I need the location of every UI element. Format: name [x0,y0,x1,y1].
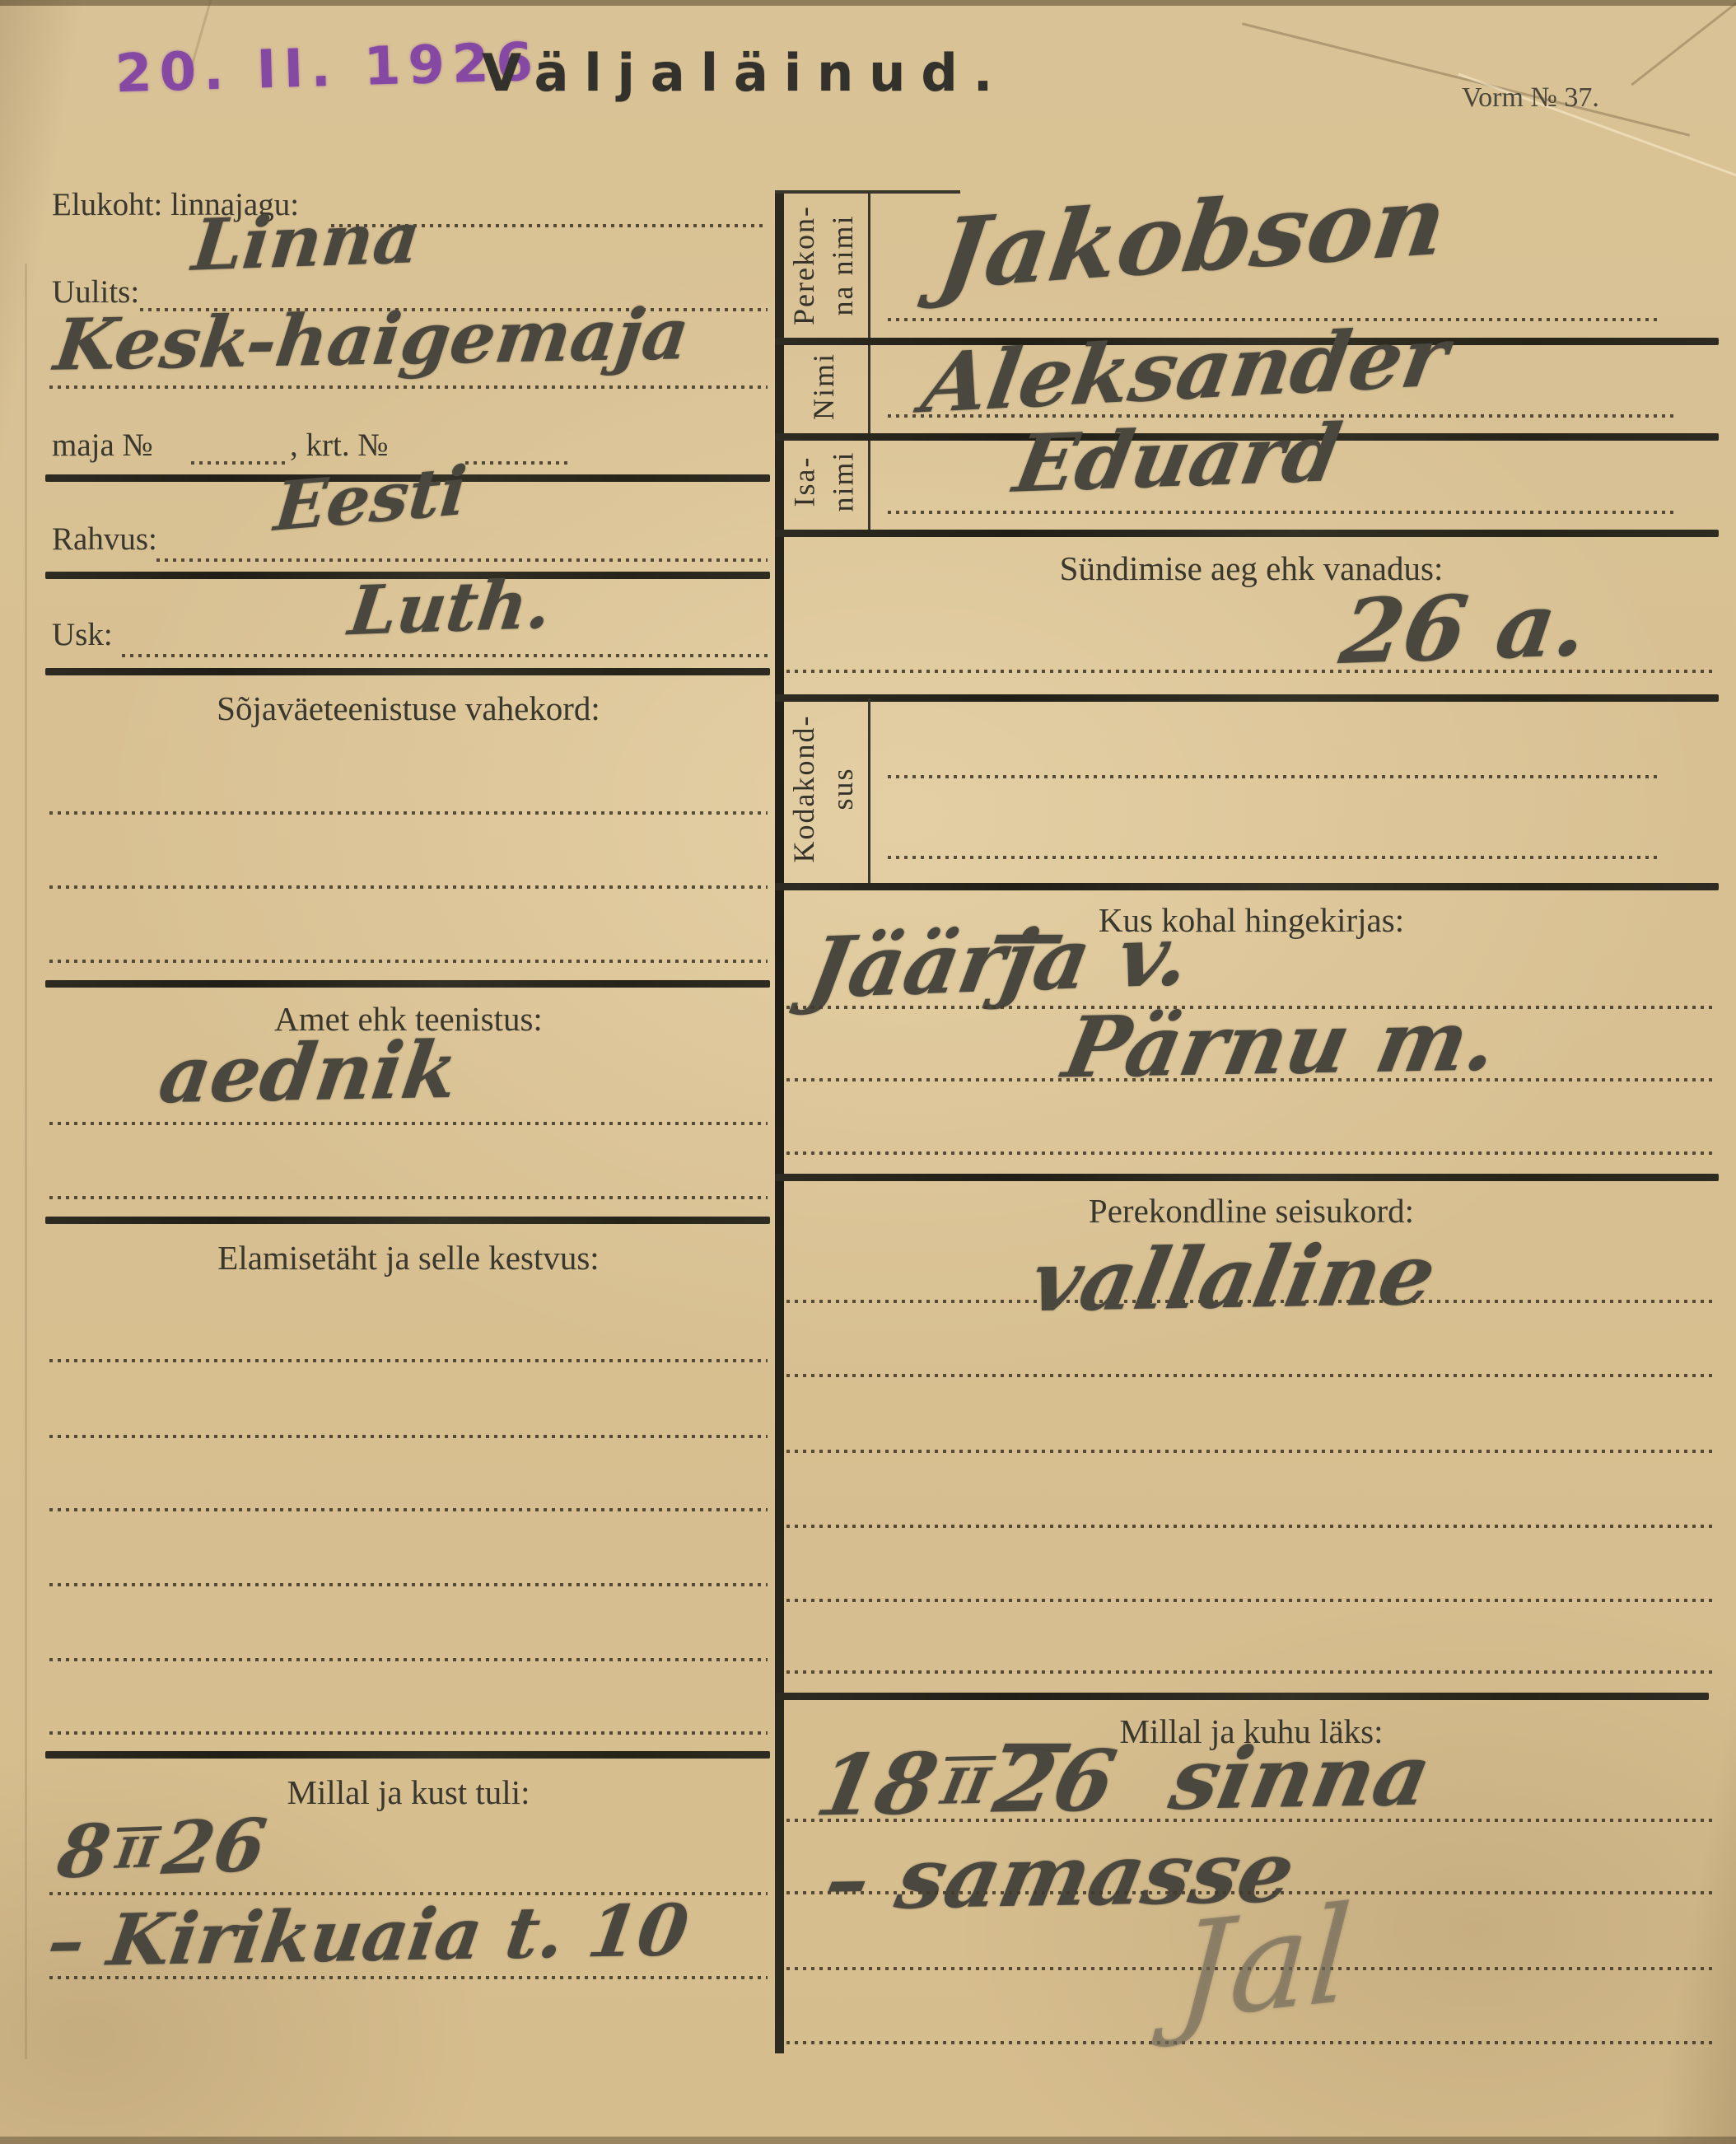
label-col-vline-1 [868,192,870,531]
perekonnanimi-value: Jakobson [931,162,1453,311]
perekonnanimi-label-line2: na nimi [824,215,862,316]
elamisetaht-dotted-1 [49,1359,768,1362]
usk-dotted-line [122,654,768,657]
registration-card: 20. II. 1926 Väljaläinud. Vorm № 37. Elu… [0,0,1736,2144]
rahvus-value: Eesti [271,451,469,547]
amet-dotted-line [49,1122,768,1125]
seisukord-dotted-5 [786,1599,1713,1602]
maja-dotted-line [191,461,288,465]
elamisetaht-dotted-5 [49,1658,768,1661]
sojavae-dotted-1 [49,811,768,815]
maja-label: maja № [52,427,153,464]
amet-dotted-line-2 [49,1196,768,1199]
millal-tuli-month: II [111,1826,162,1875]
kodakondsus-label-line1: Kodakond- [785,715,824,863]
hingekirjas-dotted-2 [786,1078,1713,1081]
fold-crease-3 [1631,0,1736,86]
left-edge-crease [25,264,27,2059]
column-divider [775,190,784,2053]
millal-tuli-year: 26 [158,1802,272,1891]
rahvus-dotted-line [156,558,768,562]
seisukord-dotted-3 [786,1450,1713,1453]
isanimi-value: Eduard [1008,406,1348,511]
left-rule-3 [45,668,770,675]
millal-tuli-day: 8 [53,1807,115,1894]
elamisetaht-dotted-4 [49,1583,768,1586]
isanimi-label-line1: Isa- [785,456,824,507]
form-number: Vorm № 37. [1462,82,1599,114]
elamisetaht-dotted-6 [49,1731,768,1735]
millal-laks-rest: sinna [1163,1726,1439,1829]
usk-value: Luth. [344,565,555,651]
seisukord-heading: Perekondline seisukord: [784,1191,1719,1231]
nimi-label-text: Nimi [805,353,843,420]
sundimise-dotted [786,670,1713,673]
millal-tuli-value: 8II26 [53,1802,272,1895]
elamisetaht-dotted-2 [49,1435,768,1438]
paper-edge-top [0,0,1736,6]
rahvus-label: Rahvus: [52,521,157,558]
left-rule-5 [45,1217,770,1224]
pencil-signature: Jal [1173,1876,1356,2050]
uulits-value-line1: Linna [189,196,424,287]
sojavae-heading: Sõjaväeteenistuse vahekord: [49,689,768,728]
perekonnanimi-label: Perekon- na nimi [782,187,865,343]
krt-label: , krt. № [290,427,389,464]
date-stamp: 20. II. 1926 [114,32,541,105]
right-rule-7 [775,1693,1709,1700]
form-title: Väljaläinud. [482,43,1008,103]
kodakondsus-label: Kodakond- sus [780,692,866,885]
usk-label: Usk: [52,616,113,653]
label-col-vline-2 [868,698,870,885]
left-rule-6 [45,1751,770,1759]
fold-crease-1 [1242,22,1690,136]
perekonnanimi-label-line1: Perekon- [785,205,824,325]
elamisetaht-dotted-3 [49,1508,768,1511]
amet-value: aednik [154,1025,464,1121]
isanimi-label-line2: nimi [824,451,862,512]
millal-laks-month: II [936,1756,996,1811]
kodakondsus-dotted-2 [888,856,1658,859]
right-rule-6 [775,1174,1719,1181]
seisukord-dotted-4 [786,1525,1713,1528]
kodakondsus-label-line2: sus [824,767,862,810]
seisukord-dotted-2 [786,1374,1713,1377]
uulits-value-line2: Kesk-haigemaja [50,292,693,386]
right-rule-5 [775,883,1719,890]
right-rule-4 [775,694,1719,702]
millal-tuli-value-line2: – Kirikuaia t. 10 [43,1889,693,1983]
paper-edge-bottom [0,2137,1736,2144]
seisukord-dotted-6 [786,1670,1713,1674]
millal-laks-dotted-1 [786,1819,1713,1822]
sojavae-dotted-3 [49,960,768,963]
seisukord-value: vallaline [1023,1226,1444,1331]
sojavae-dotted-2 [49,885,768,889]
krt-dotted-line [465,461,571,465]
kodakondsus-dotted-1 [888,775,1658,778]
elamisetaht-heading: Elamisetäht ja selle kestvus: [49,1238,768,1278]
hingekirjas-value-line2: Pärnu m. [1056,991,1505,1097]
isanimi-dotted [888,511,1678,514]
address-dotted-line [49,385,768,389]
millal-laks-year: 26 [987,1731,1123,1832]
right-rule-3 [775,530,1719,537]
left-rule-4 [45,980,770,988]
millal-tuli-dotted-2 [49,1976,768,1979]
isanimi-label: Isa- nimi [785,428,863,535]
sundimise-value: 26 a. [1334,572,1594,684]
hingekirjas-dotted-3 [786,1151,1713,1155]
